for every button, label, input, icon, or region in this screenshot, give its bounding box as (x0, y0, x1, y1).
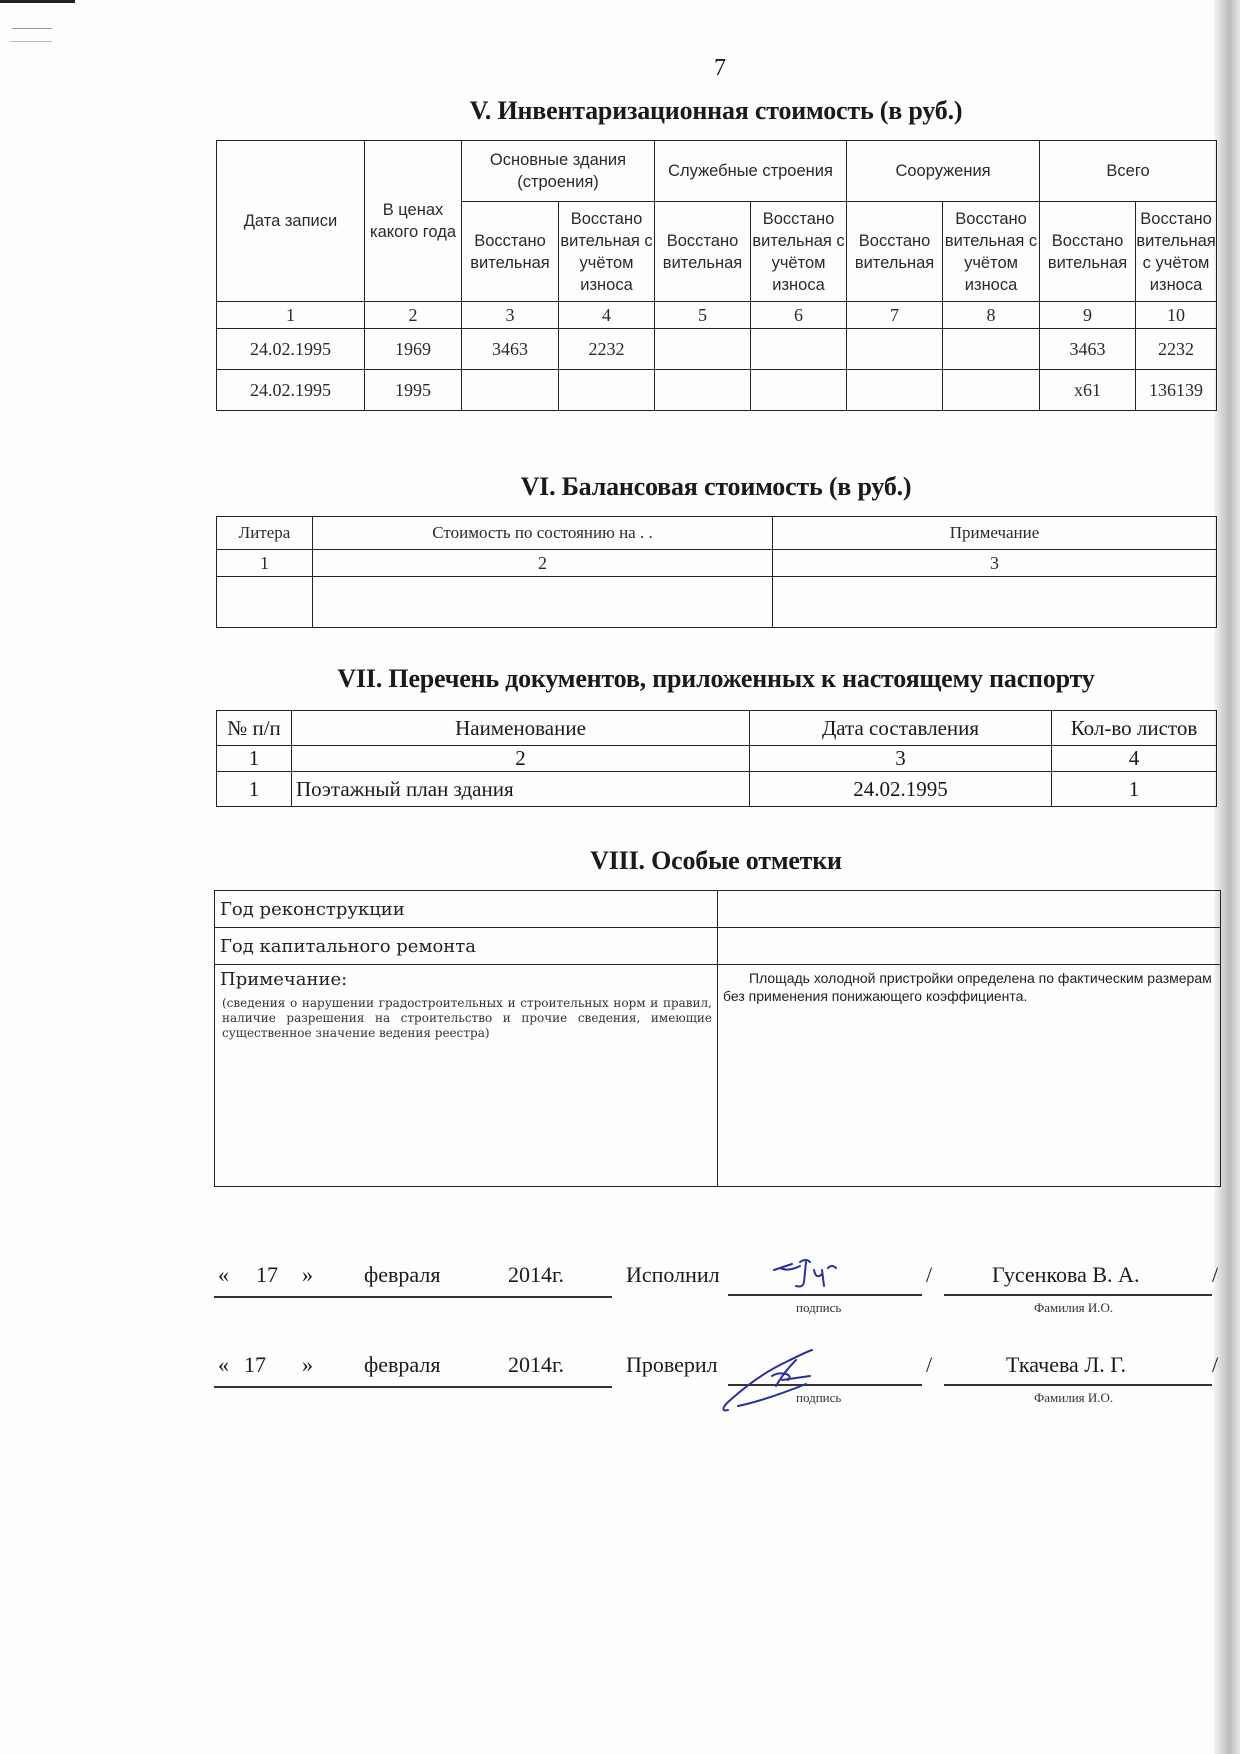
header-restoration-wear: Восстано вительная с учётом износа (943, 202, 1040, 302)
column-number: 1 (217, 746, 292, 772)
signer-name: Гусенкова В. А. (992, 1262, 1139, 1288)
column-number-row: 1 2 3 4 5 6 7 8 9 10 (217, 302, 1217, 329)
header-restoration: Восстано вительная (462, 202, 559, 302)
name-underline (944, 1384, 1212, 1386)
section-vi-title: VI. Балансовая стоимость (в руб.) (216, 472, 1216, 502)
slash: / (926, 1352, 932, 1378)
cell-document-name: Поэтажный план здания (292, 772, 750, 807)
header-restoration-wear: Восстано вительная с учётом износа (559, 202, 655, 302)
cell-date: 24.02.1995 (217, 329, 365, 370)
date-underline (214, 1296, 612, 1298)
cell-sheet-count: 1 (1052, 772, 1217, 807)
column-number-row: 1 2 3 (217, 550, 1217, 577)
cell-value: 136139 (1136, 370, 1217, 411)
table-row: 1 Поэтажный план здания 24.02.1995 1 (217, 772, 1217, 807)
column-number: 1 (217, 302, 365, 329)
cell-value: 3463 (1040, 329, 1136, 370)
column-number: 2 (313, 550, 773, 577)
column-number: 3 (773, 550, 1217, 577)
slash: / (926, 1262, 932, 1288)
sign-month: февраля (364, 1262, 440, 1288)
section-viii-title: VIII. Особые отметки (216, 846, 1216, 876)
header-restoration: Восстано вительная (655, 202, 751, 302)
column-number: 3 (462, 302, 559, 329)
header-restoration: Восстано вительная (847, 202, 943, 302)
cell-value (943, 370, 1040, 411)
cell-index: 1 (217, 772, 292, 807)
note-value: Площадь холодной пристройки определена п… (718, 965, 1221, 1187)
quote-open: « (218, 1352, 229, 1378)
cell-price-year: 1995 (365, 370, 462, 411)
cell-price-year: 1969 (365, 329, 462, 370)
header-date-compiled: Дата составления (750, 711, 1052, 746)
header-structures: Сооружения (847, 141, 1040, 202)
page-binding-shadow (1214, 0, 1240, 1754)
header-total: Всего (1040, 141, 1217, 202)
sign-day: 17 (244, 1352, 266, 1378)
header-sheet-count: Кол-во листов (1052, 711, 1217, 746)
header-service-buildings: Служебные строения (655, 141, 847, 202)
cell-value (559, 370, 655, 411)
header-restoration: Восстано вительная (1040, 202, 1136, 302)
section-v-title: V. Инвентаризационная стоимость (в руб.) (216, 96, 1216, 126)
note-hint: (сведения о нарушении градостроительных … (220, 990, 712, 1041)
reconstruction-year-value (718, 891, 1221, 928)
slash: / (1212, 1352, 1218, 1378)
cell-value: 2232 (559, 329, 655, 370)
cell-value (462, 370, 559, 411)
scan-artifact-line (12, 28, 52, 29)
header-date: Дата записи (217, 141, 365, 302)
scan-artifact-line (10, 41, 52, 42)
role-label: Исполнил (626, 1262, 720, 1288)
sign-month: февраля (364, 1352, 440, 1378)
quote-close: » (302, 1352, 313, 1378)
signature-caption: подпись (796, 1300, 841, 1316)
header-main-buildings: Основные здания (строения) (462, 141, 655, 202)
name-caption: Фамилия И.О. (1034, 1300, 1113, 1316)
column-number: 4 (559, 302, 655, 329)
note-label-cell: Примечание: (сведения о нарушении градос… (215, 965, 718, 1187)
column-number: 6 (751, 302, 847, 329)
inventory-value-table: Дата записи В ценах какого года Основные… (216, 140, 1217, 411)
cell-litera (217, 577, 313, 628)
quote-open: « (218, 1262, 229, 1288)
cell-value: x61 (1040, 370, 1136, 411)
cell-value (655, 329, 751, 370)
name-caption: Фамилия И.О. (1034, 1390, 1113, 1406)
balance-value-table: Литера Стоимость по состоянию на . . При… (216, 516, 1217, 628)
sign-year: 2014г. (508, 1262, 564, 1288)
cell-cost (313, 577, 773, 628)
header-note: Примечание (773, 517, 1217, 550)
attached-documents-table: № п/п Наименование Дата составления Кол-… (216, 710, 1217, 807)
name-underline (944, 1294, 1212, 1296)
column-number-row: 1 2 3 4 (217, 746, 1217, 772)
header-litera: Литера (217, 517, 313, 550)
scan-corner-mark (0, 0, 75, 3)
capital-repair-year-value (718, 928, 1221, 965)
sign-year: 2014г. (508, 1352, 564, 1378)
quote-close: » (302, 1262, 313, 1288)
header-restoration-wear: Восстано вительная с учётом износа (751, 202, 847, 302)
cell-date-compiled: 24.02.1995 (750, 772, 1052, 807)
note-label: Примечание: (220, 969, 712, 990)
role-label: Проверил (626, 1352, 718, 1378)
cell-value (847, 370, 943, 411)
date-underline (214, 1386, 612, 1388)
column-number: 2 (365, 302, 462, 329)
column-number: 1 (217, 550, 313, 577)
cell-value (943, 329, 1040, 370)
cell-date: 24.02.1995 (217, 370, 365, 411)
column-number: 7 (847, 302, 943, 329)
capital-repair-year-label: Год капитального ремонта (215, 928, 718, 965)
cell-note (773, 577, 1217, 628)
cell-value (655, 370, 751, 411)
table-row: 24.02.1995 1995 x61 136139 (217, 370, 1217, 411)
header-index: № п/п (217, 711, 292, 746)
column-number: 3 (750, 746, 1052, 772)
reconstruction-year-label: Год реконструкции (215, 891, 718, 928)
table-row: 24.02.1995 1969 3463 2232 3463 2232 (217, 329, 1217, 370)
column-number: 10 (1136, 302, 1217, 329)
cell-value (847, 329, 943, 370)
special-notes-table: Год реконструкции Год капитального ремон… (214, 890, 1221, 1187)
column-number: 5 (655, 302, 751, 329)
column-number: 4 (1052, 746, 1217, 772)
header-restoration-wear: Восстано вительная с учётом износа (1136, 202, 1217, 302)
column-number: 9 (1040, 302, 1136, 329)
section-vii-title: VII. Перечень документов, приложенных к … (216, 664, 1216, 694)
cell-value: 2232 (1136, 329, 1217, 370)
cell-value: 3463 (462, 329, 559, 370)
slash: / (1212, 1262, 1218, 1288)
sign-day: 17 (256, 1262, 278, 1288)
column-number: 8 (943, 302, 1040, 329)
cell-value (751, 370, 847, 411)
signer-name: Ткачева Л. Г. (1006, 1352, 1126, 1378)
cell-value (751, 329, 847, 370)
page-number: 7 (714, 55, 726, 82)
header-name: Наименование (292, 711, 750, 746)
header-cost-as-of: Стоимость по состоянию на . . (313, 517, 773, 550)
table-row (217, 577, 1217, 628)
column-number: 2 (292, 746, 750, 772)
header-price-year: В ценах какого года (365, 141, 462, 302)
